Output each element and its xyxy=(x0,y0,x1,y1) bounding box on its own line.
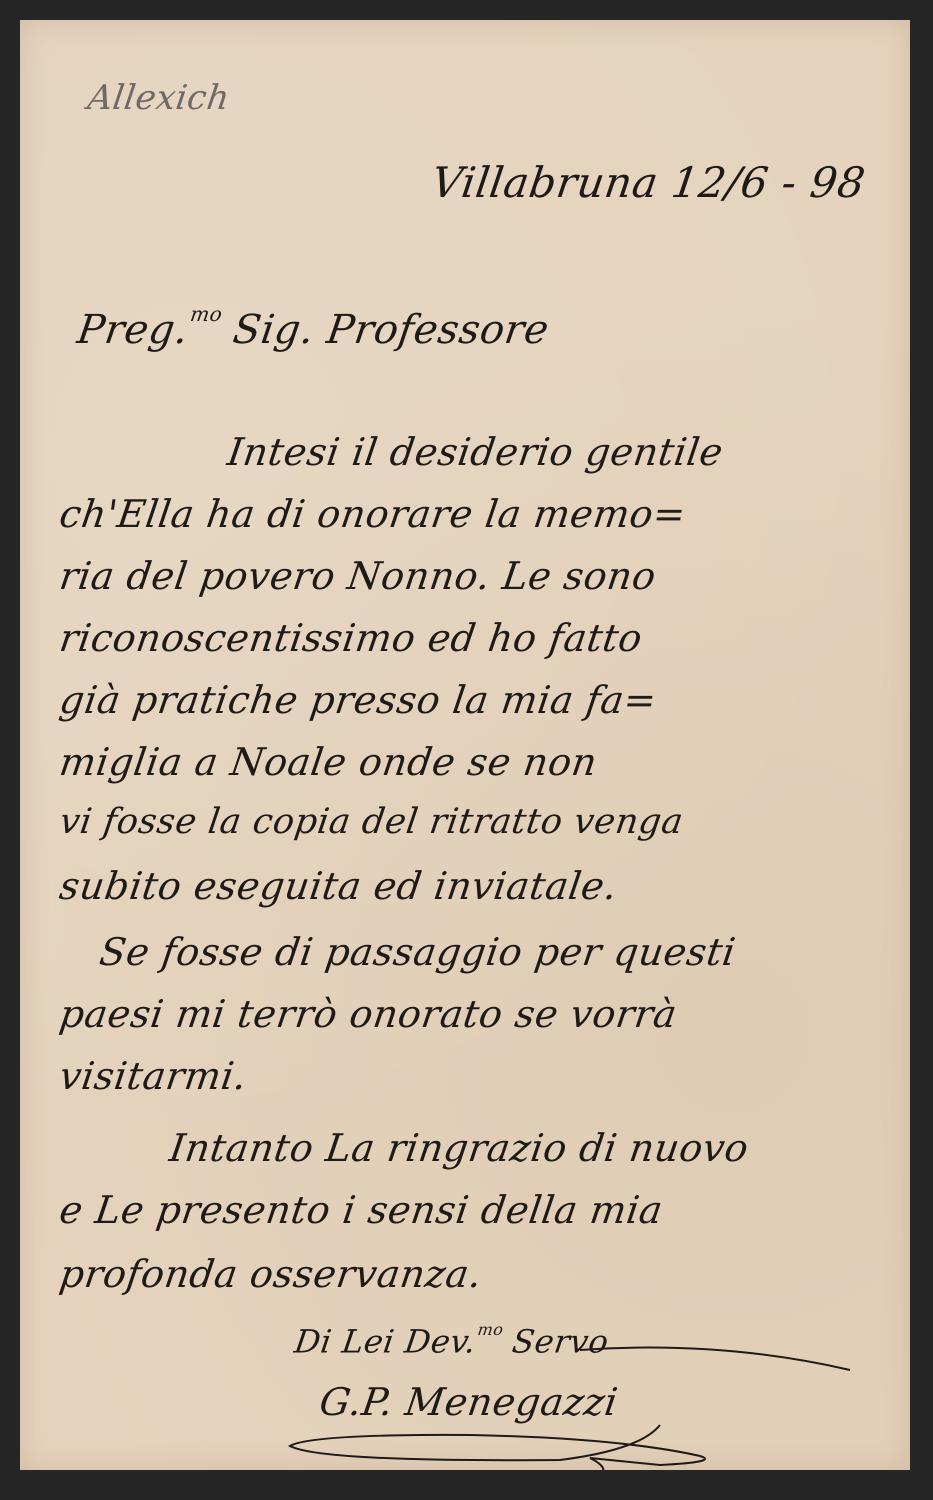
body-line-14: profonda osservanza. xyxy=(57,1252,485,1296)
body-line-4: riconoscentissimo ed ho fatto xyxy=(57,616,645,660)
closing-text-before: Di Lei Dev. xyxy=(292,1323,479,1361)
salutation-prefix-sup: mo xyxy=(189,302,224,326)
body-line-1: Intesi il desiderio gentile xyxy=(225,430,726,474)
body-line-11: visitarmi. xyxy=(57,1054,250,1098)
body-line-12: Intanto La ringrazio di nuovo xyxy=(167,1126,752,1170)
body-line-2: ch'Ella ha di onorare la memo= xyxy=(57,492,689,536)
body-line-7: vi fosse la copia del ritratto venga xyxy=(57,802,686,842)
closing: Di Lei Dev.mo Servo xyxy=(292,1320,611,1361)
signature: G.P. Menegazzi xyxy=(317,1380,621,1424)
archive-annotation: Allexich xyxy=(85,78,232,118)
body-line-5: già pratiche presso la mia fa= xyxy=(57,678,660,722)
body-line-9: Se fosse di passaggio per questi xyxy=(97,930,739,974)
salutation-prefix: Preg. xyxy=(74,307,191,353)
closing-sup: mo xyxy=(476,1320,504,1339)
body-line-13: e Le presento i sensi della mia xyxy=(57,1188,666,1232)
letter-page: Allexich Villabruna 12/6 - 98 Preg.mo Si… xyxy=(20,20,910,1470)
body-line-10: paesi mi terrò onorato se vorrà xyxy=(57,992,680,1036)
body-line-6: miglia a Noale onde se non xyxy=(57,740,600,784)
body-line-8: subito eseguita ed inviatale. xyxy=(57,864,620,908)
body-line-3: ria del povero Nonno. Le sono xyxy=(57,554,659,598)
closing-text-after: Servo xyxy=(510,1323,611,1361)
salutation: Preg.mo Sig. Professore xyxy=(74,302,552,353)
salutation-title: Sig. Professore xyxy=(230,307,552,353)
place-date: Villabruna 12/6 - 98 xyxy=(429,158,869,207)
